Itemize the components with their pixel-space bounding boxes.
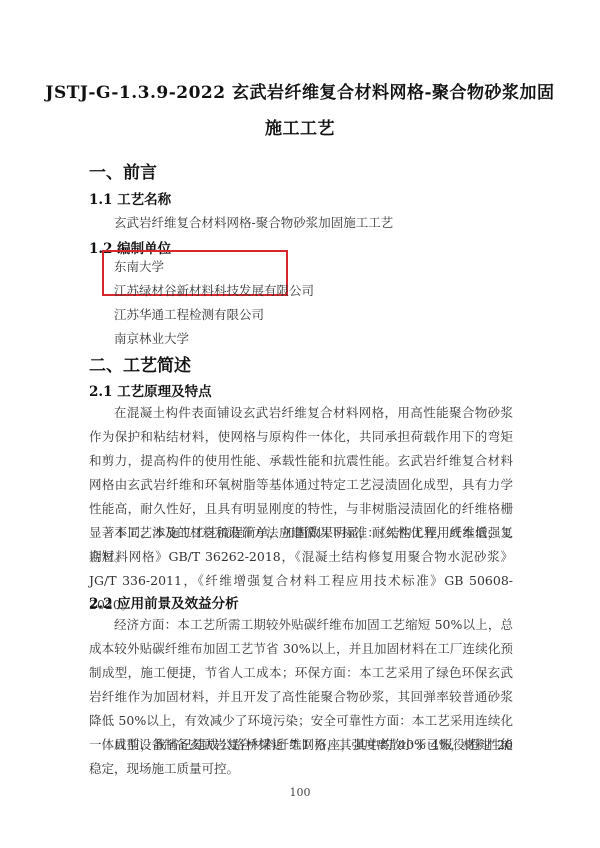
status-paragraph: 目前，我省已建成公路桥梁近 7.1 万座，其中约 40%已服役超过 20 年，性… bbox=[89, 733, 513, 757]
document-title-line1: JSTJ-G-1.3.9-2022 玄武岩纤维复合材料网格-聚合物砂浆加固 bbox=[0, 78, 600, 103]
compiling-unit: 江苏绿材谷新材料科技发展有限公司 bbox=[114, 281, 314, 299]
compiling-unit: 江苏华通工程检测有限公司 bbox=[114, 305, 264, 323]
page-number: 100 bbox=[0, 786, 600, 799]
compiling-unit: 东南大学 bbox=[114, 257, 164, 275]
document-page: JSTJ-G-1.3.9-2022 玄武岩纤维复合材料网格-聚合物砂浆加固 施工… bbox=[0, 0, 600, 848]
compiling-unit: 南京林业大学 bbox=[114, 329, 189, 347]
document-title-line2: 施工工艺 bbox=[0, 114, 600, 139]
subsection-heading-prospects: 2.2 应用前景及效益分析 bbox=[89, 592, 239, 612]
section-heading-process-overview: 二、工艺简述 bbox=[89, 351, 191, 376]
subsection-heading-principle: 2.1 工艺原理及特点 bbox=[89, 380, 212, 400]
section-heading-preface: 一、前言 bbox=[89, 158, 157, 183]
subsection-heading-process-name: 1.1 工艺名称 bbox=[89, 188, 171, 208]
process-name-text: 玄武岩纤维复合材料网格-聚合物砂浆加固施工工艺 bbox=[114, 213, 393, 231]
